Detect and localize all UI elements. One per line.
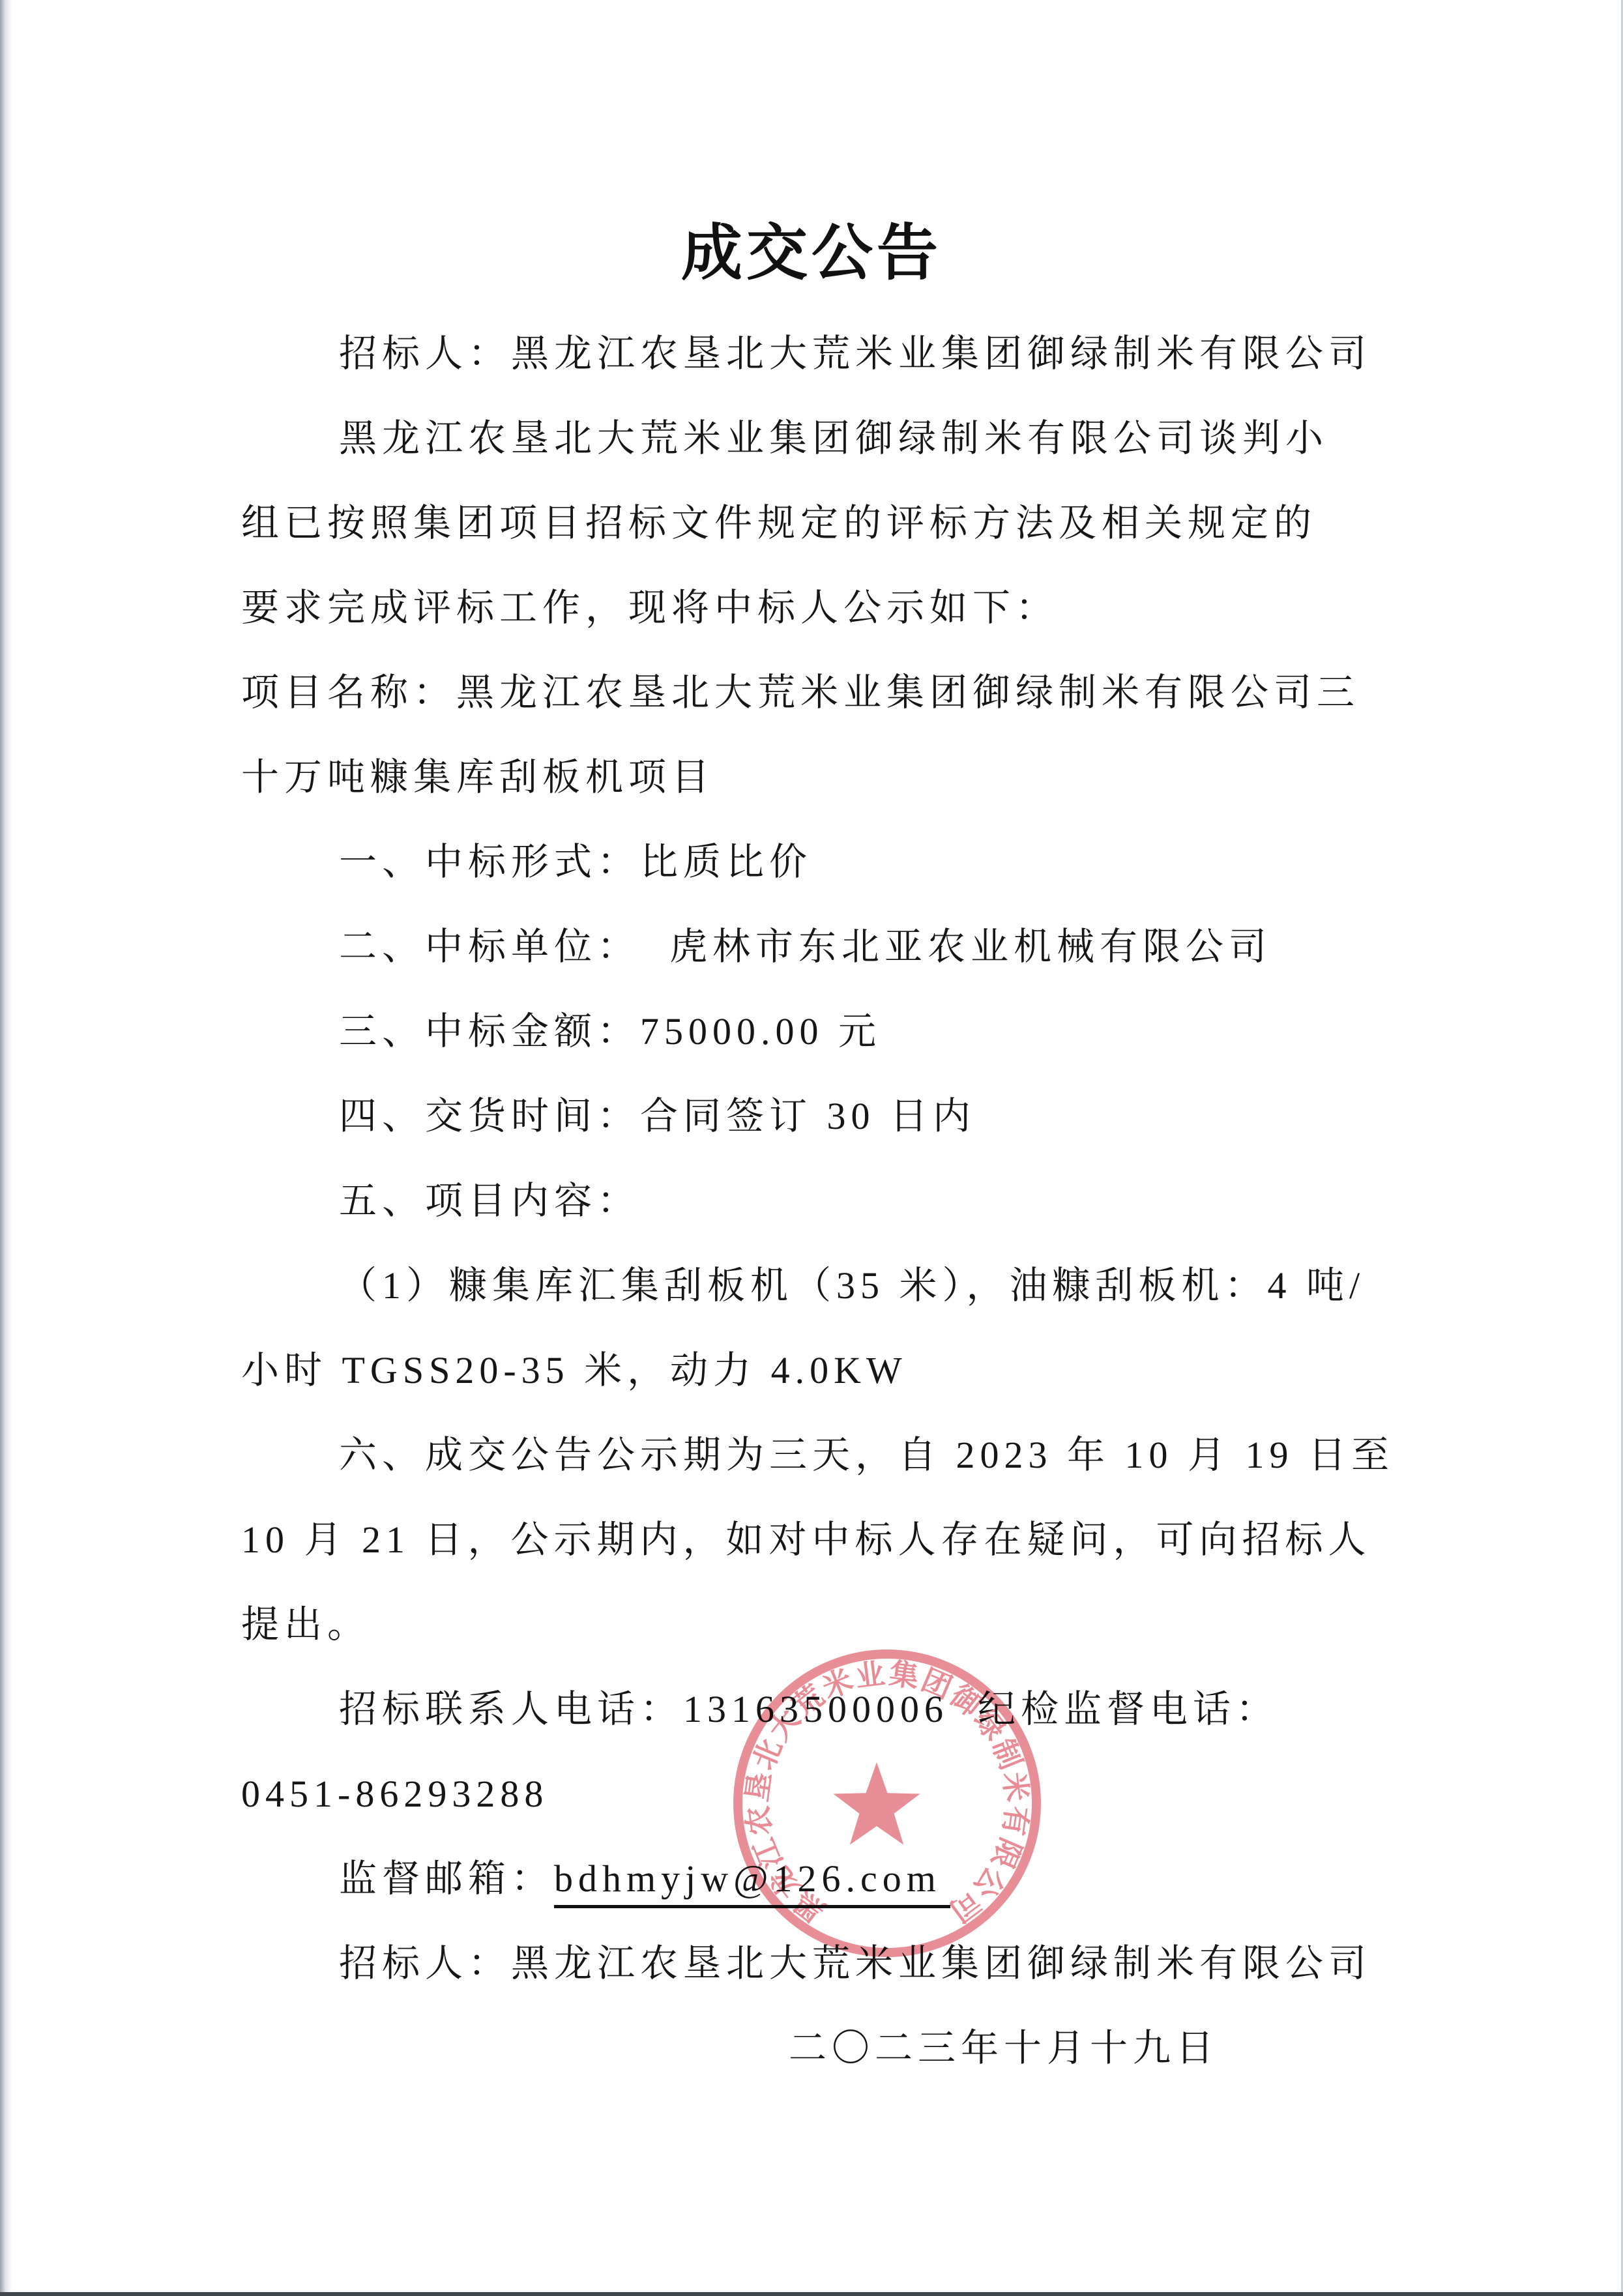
doc-line-item-6-period-1: 六、成交公告公示期为三天，自 2023 年 10 月 19 日至 (241, 1413, 1408, 1498)
doc-line-project-name-2: 十万吨糠集库刮板机项目 (241, 735, 1408, 820)
email-label: 监督邮箱： (339, 1857, 554, 1900)
doc-line-intro-2: 组已按照集团项目招标文件规定的评标方法及相关规定的 (241, 481, 1408, 566)
doc-line-item-3-amount: 三、中标金额：75000.00 元 (241, 989, 1408, 1074)
doc-line-intro-3: 要求完成评标工作，现将中标人公示如下： (241, 566, 1408, 650)
doc-line-tenderer: 招标人：黑龙江农垦北大荒米业集团御绿制米有限公司 (241, 312, 1408, 396)
document-title: 成交公告 (0, 203, 1623, 291)
scan-edge-bottom (0, 2292, 1623, 2296)
doc-line-item-4-delivery: 四、交货时间：合同签订 30 日内 (241, 1074, 1408, 1159)
doc-line-supervise-email: 监督邮箱：bdhmyjw@126.com (241, 1837, 1408, 1921)
doc-line-intro-1: 黑龙江农垦北大荒米业集团御绿制米有限公司谈判小 (241, 396, 1408, 481)
email-link: bdhmyjw@126.com (554, 1857, 950, 1908)
doc-line-project-name-1: 项目名称：黑龙江农垦北大荒米业集团御绿制米有限公司三 (241, 650, 1408, 735)
doc-line-closing-issuer: 招标人：黑龙江农垦北大荒米业集团御绿制米有限公司 (241, 1921, 1408, 2006)
doc-line-item-1-form: 一、中标形式：比质比价 (241, 820, 1408, 905)
doc-line-item-5-content: 五、项目内容： (241, 1159, 1408, 1243)
doc-line-supervise-phone: 0451-86293288 (241, 1752, 1408, 1837)
doc-line-item-2-winner: 二、中标单位： 虎林市东北亚农业机械有限公司 (241, 905, 1408, 989)
scanned-document-page: 成交公告 招标人：黑龙江农垦北大荒米业集团御绿制米有限公司 黑龙江农垦北大荒米业… (0, 0, 1623, 2296)
scan-edge-left (0, 0, 12, 2296)
doc-line-contact-phones: 招标联系人电话：13163500006 纪检监督电话： (241, 1667, 1408, 1752)
doc-line-item-6-period-3: 提出。 (241, 1582, 1408, 1667)
doc-line-closing-date: 二〇二三年十月十九日 (241, 2006, 1408, 2091)
doc-line-content-detail-2: 小时 TGSS20-35 米，动力 4.0KW (241, 1328, 1408, 1413)
doc-line-content-detail-1: （1）糠集库汇集刮板机（35 米），油糠刮板机：4 吨/ (241, 1243, 1408, 1328)
doc-line-item-6-period-2: 10 月 21 日，公示期内，如对中标人存在疑问，可向招标人 (241, 1498, 1408, 1582)
document-body: 招标人：黑龙江农垦北大荒米业集团御绿制米有限公司 黑龙江农垦北大荒米业集团御绿制… (241, 312, 1408, 2091)
